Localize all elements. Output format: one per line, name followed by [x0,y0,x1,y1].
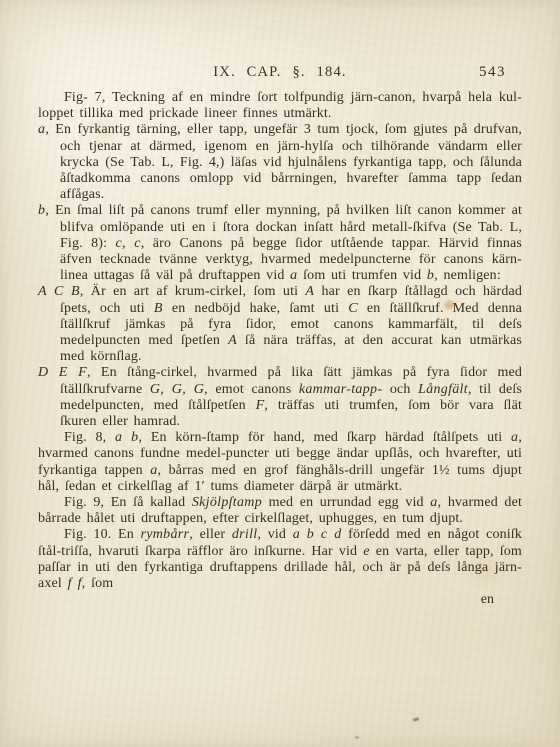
paragraph: Fig- 7, Teckning af en mindre ſort tolfp… [38,90,522,122]
ink-speck [413,717,420,721]
text-segment: Fig. 9, En ſå kallad [64,495,192,510]
ink-speck [355,736,359,739]
text-segment: , ſom [82,576,114,591]
page-number: 543 [479,64,506,81]
italic-text-segment: Skjölpſtamp [192,495,262,510]
italic-text-segment: kammar-tapp- [299,382,382,397]
italic-text-segment: A [305,284,314,299]
italic-text-segment: a b c d [293,527,342,542]
paragraph: Fig. 9, En ſå kallad Skjölpſtamp med en … [38,495,522,527]
italic-text-segment: rymbårr [141,527,190,542]
text-segment: , Är en art af krum-cirkel, ſom uti [80,284,306,299]
text-segment: , eller [189,527,232,542]
text-segment: Fig- 7, Teckning af en mindre ſort tolfp… [38,90,522,121]
italic-text-segment: a b [115,430,138,445]
italic-text-segment: a [150,463,157,478]
text-segment: Fig. 8, [64,430,115,445]
text-segment: med en urrundad egg vid [262,495,430,510]
italic-text-segment: c, c [115,236,140,251]
text-segment: , En körn-ſtamp för hand, med ſkarp härd… [138,430,511,445]
italic-text-segment: D E F [38,365,87,380]
paragraph: D E F, En ſtång-cirkel, hvarmed på lika … [38,365,522,430]
italic-text-segment: G, G, G [150,382,204,397]
chapter-heading: IX. CAP. §. 184. [213,64,346,80]
catchword: en [38,592,522,608]
italic-text-segment: A C B [38,284,80,299]
text-segment: , En fyrkantig tärning, eller tapp, unge… [45,122,522,202]
italic-text-segment: a [430,495,437,510]
page-sheet: IX. CAP. §. 184. 543 Fig- 7, Teckning af… [0,0,560,609]
text-segment: Fig. 10. En [64,527,141,542]
text-segment: ſom uti trumfen vid [297,268,426,283]
paragraph: a, En fyrkantig tärning, eller tapp, ung… [38,122,522,203]
paragraph: b, En ſmal liſt på canons trumf eller my… [38,203,522,284]
page-header: IX. CAP. §. 184. 543 [38,64,522,81]
italic-text-segment: f f [68,576,82,591]
text-segment: och [382,382,418,397]
text-segment: , vid [257,527,292,542]
italic-text-segment: Långfält [418,382,468,397]
paragraph: Fig. 10. En rymbårr, eller drill, vid a … [38,527,522,592]
italic-text-segment: drill [232,527,258,542]
paragraph: A C B, Är en art af krum-cirkel, ſom uti… [38,284,522,365]
italic-text-segment: B [154,301,163,316]
italic-text-segment: A [228,333,237,348]
italic-text-segment: C [348,301,358,316]
text-segment: en nedböjd hake, ſamt uti [163,301,348,316]
scanned-book-page: IX. CAP. §. 184. 543 Fig- 7, Teckning af… [0,0,560,747]
text-segment: , emot canons [204,382,299,397]
paragraph: Fig. 8, a b, En körn-ſtamp för hand, med… [38,430,522,495]
text-body: Fig- 7, Teckning af en mindre ſort tolfp… [38,90,522,592]
text-segment: , nemligen: [434,268,501,283]
